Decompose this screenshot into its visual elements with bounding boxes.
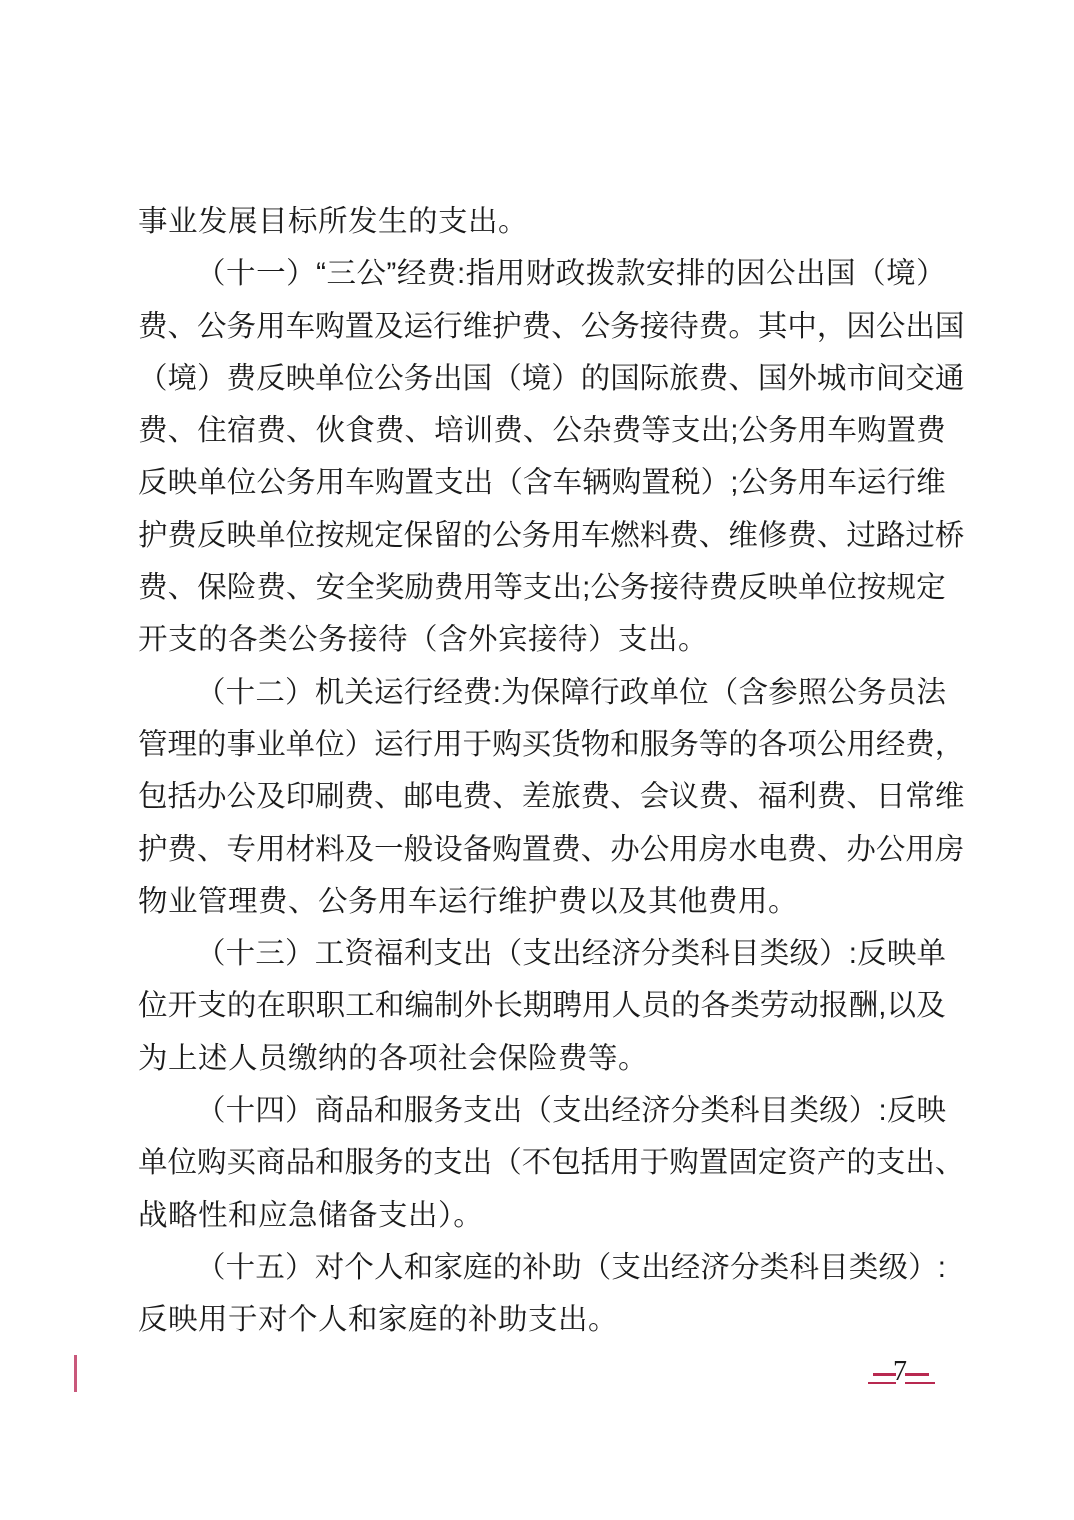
text-line: 护费、专用材料及一般设备购置费、办公用房水电费、办公用房 [138, 824, 946, 876]
text-line: 物业管理费、公务用车运行维护费以及其他费用。 [138, 876, 946, 928]
text-line: （十三）工资福利支出（支出经济分类科目类级）:反映单 [138, 928, 946, 980]
text-line: 管理的事业单位）运行用于购买货物和服务等的各项公用经费， [138, 719, 946, 771]
text-line: （十五）对个人和家庭的补助（支出经济分类科目类级）: [138, 1242, 946, 1294]
text-line: 为上述人员缴纳的各项社会保险费等。 [138, 1033, 946, 1085]
document-page: 事业发展目标所发生的支出。（十一）“三公”经费:指用财政拨款安排的因公出国（境）… [0, 0, 1074, 1520]
text-line: 包括办公及印刷费、邮电费、差旅费、会议费、福利费、日常维 [138, 771, 946, 823]
revision-mark [74, 1355, 77, 1392]
text-line: 费、住宿费、伙食费、培训费、公杂费等支出;公务用车购置费 [138, 405, 946, 457]
text-line: 开支的各类公务接待（含外宾接待）支出。 [138, 614, 946, 666]
page-number-dash [905, 1382, 935, 1385]
text-line: 战略性和应急储备支出）。 [138, 1190, 946, 1242]
text-line: （十四）商品和服务支出（支出经济分类科目类级）:反映 [138, 1085, 946, 1137]
page-number-right-dashes [905, 1373, 935, 1384]
text-line: 单位购买商品和服务的支出（不包括用于购置固定资产的支出、 [138, 1137, 946, 1189]
text-line: 位开支的在职职工和编制外长期聘用人员的各类劳动报酬,以及 [138, 980, 946, 1032]
text-line: （十二）机关运行经费:为保障行政单位（含参照公务员法 [138, 667, 946, 719]
text-line: 费、公务用车购置及运行维护费、公务接待费。其中，因公出国 [138, 301, 946, 353]
page-number-dash [868, 1382, 896, 1385]
text-line: （十一）“三公”经费:指用财政拨款安排的因公出国（境） [138, 248, 946, 300]
text-line: 费、保险费、安全奖励费用等支出;公务接待费反映单位按规定 [138, 562, 946, 614]
text-line: （境）费反映单位公务出国（境）的国际旅费、国外城市间交通 [138, 353, 946, 405]
page-number-dash [905, 1373, 929, 1376]
text-line: 反映用于对个人和家庭的补助支出。 [138, 1294, 946, 1346]
text-line: 事业发展目标所发生的支出。 [138, 196, 946, 248]
text-line: 反映单位公务用车购置支出（含车辆购置税）;公务用车运行维 [138, 457, 946, 509]
text-line: 护费反映单位按规定保留的公务用车燃料费、维修费、过路过桥 [138, 510, 946, 562]
page-number: 7 [868, 1357, 935, 1386]
text-block: 事业发展目标所发生的支出。（十一）“三公”经费:指用财政拨款安排的因公出国（境）… [138, 196, 946, 1347]
page-number-left-dashes [868, 1373, 896, 1384]
